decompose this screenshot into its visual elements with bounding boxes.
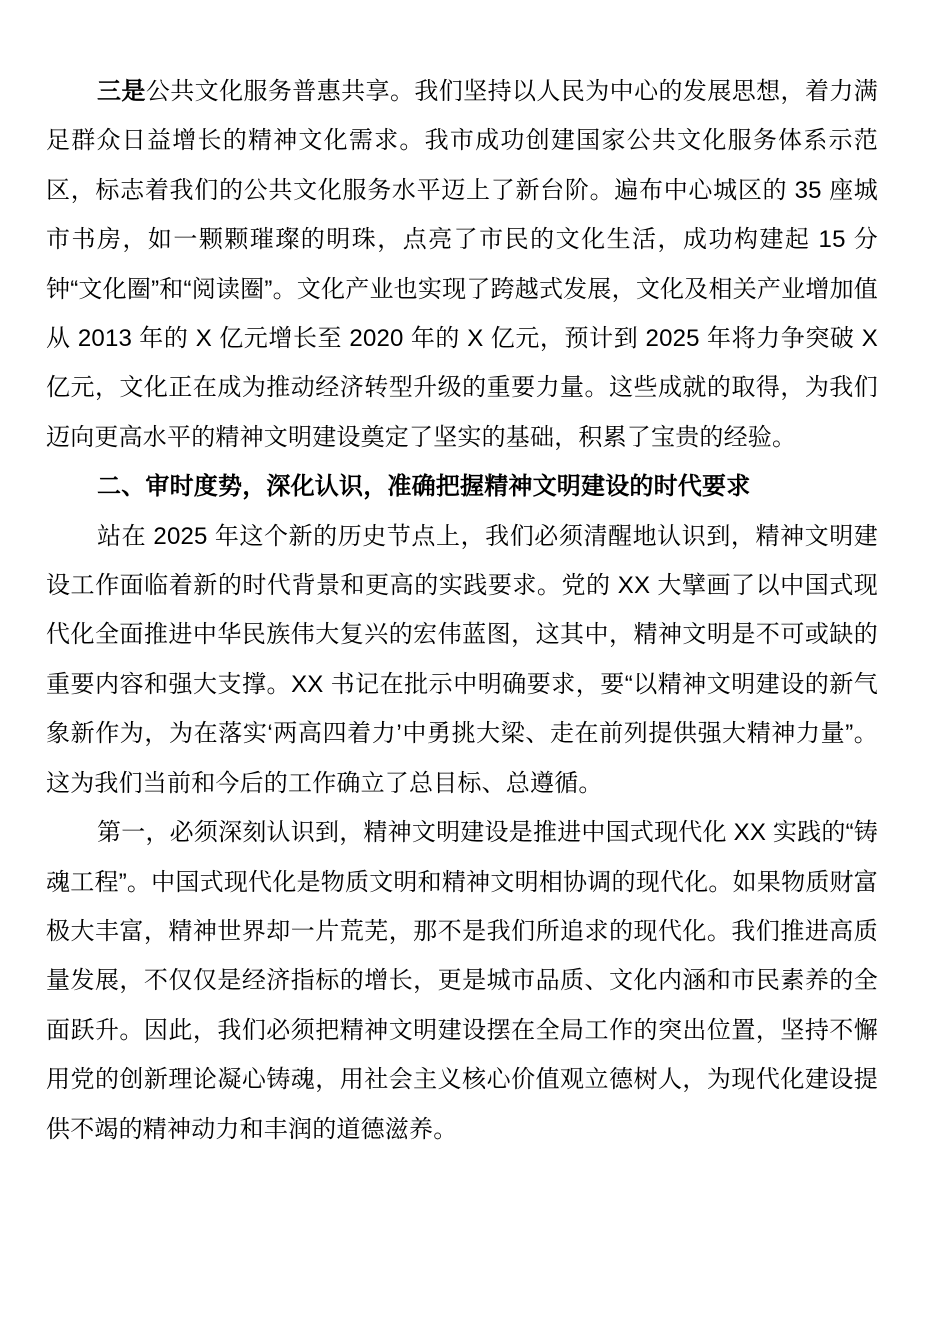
- document-text-content: 三是公共文化服务普惠共享。我们坚持以人民为中心的发展思想，着力满足群众日益增长的…: [46, 67, 878, 1154]
- paragraph-text: 公共文化服务普惠共享。我们坚持以人民为中心的发展思想，着力满足群众日益增长的精神…: [46, 78, 878, 451]
- paragraph-era-requirements: 站在 2025 年这个新的历史节点上，我们必须清醒地认识到，精神文明建设工作面临…: [46, 512, 878, 808]
- paragraph-culture-achievements: 三是公共文化服务普惠共享。我们坚持以人民为中心的发展思想，着力满足群众日益增长的…: [46, 67, 878, 462]
- paragraph-first-point: 第一，必须深刻认识到，精神文明建设是推进中国式现代化 XX 实践的“铸魂工程”。…: [46, 808, 878, 1154]
- document-page: 三是公共文化服务普惠共享。我们坚持以人民为中心的发展思想，着力满足群众日益增长的…: [0, 0, 950, 1344]
- paragraph-bold-lead: 三是: [97, 78, 146, 105]
- section-heading-2: 二、审时度势，深化认识，准确把握精神文明建设的时代要求: [46, 462, 878, 511]
